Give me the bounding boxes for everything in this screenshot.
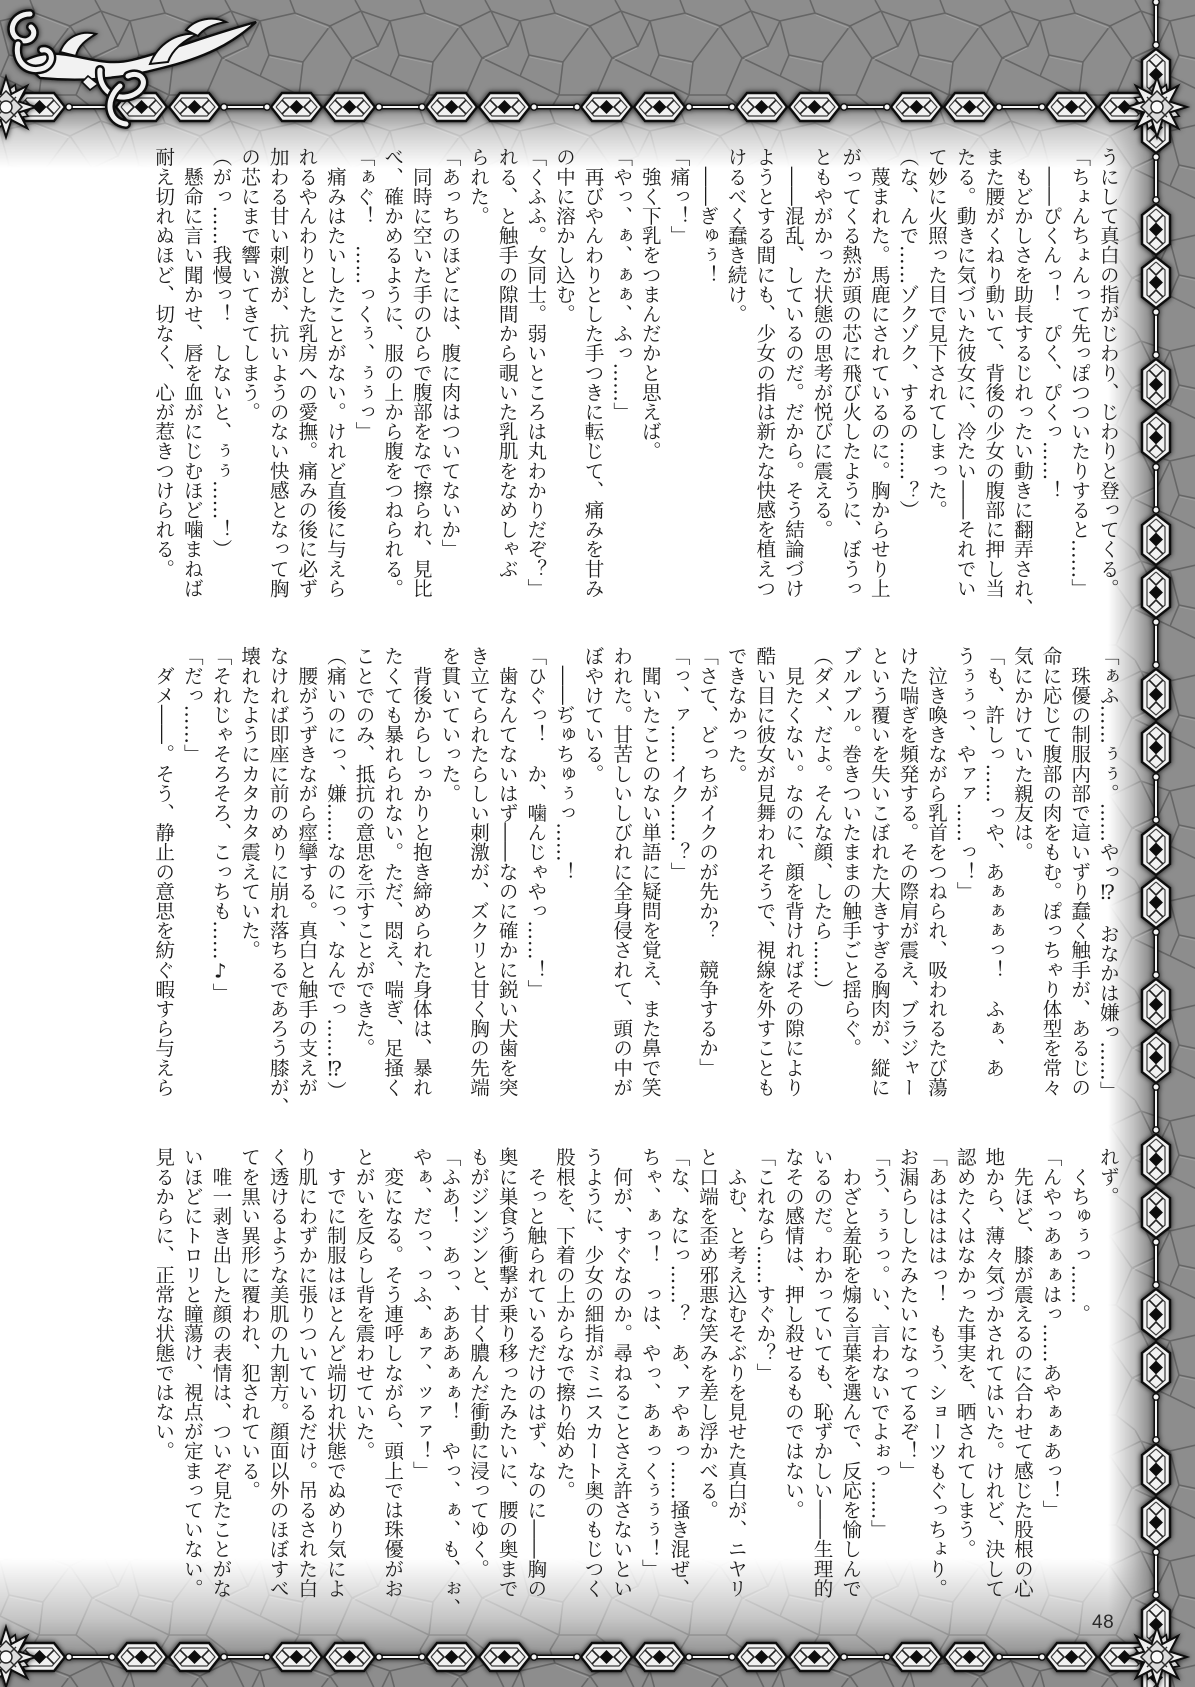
text-column: ブルブル。巻きついたままの触手ごと揺らぐ。	[835, 646, 864, 1098]
text-column: き立てられたらしい刺激が、ズクリと甘く胸の先端	[463, 646, 492, 1098]
text-column: てを黒い異形に覆われ、犯されている。	[234, 1147, 263, 1599]
right-chain-border	[1136, 0, 1176, 1687]
text-column: 「ぁふ……ぅぅ。……やっ⁉ おなかは嫌っ……」	[1093, 646, 1122, 1098]
text-column: たる。動きに気づいた彼女に、冷たい――それでい	[950, 147, 979, 599]
text-column: て妙に火照った目で見下されてしまった。	[921, 147, 950, 599]
text-column: 痛みはたいしたことがない。けれど直後に与えら	[320, 147, 349, 599]
text-column: 「あははははっ！ もう、ショーツもぐっちょり。	[921, 1147, 950, 1599]
text-column: ともやがかった状態の思考が悦びに震える。	[806, 147, 835, 599]
text-column: 泣き喚きながら乳首をつねられ、吸われるたび蕩	[921, 646, 950, 1098]
text-column: 地から、薄々気づかされてはいた。けれど、決して	[978, 1147, 1007, 1599]
text-column: 見たくない。なのに、顔を背ければその隙により	[778, 646, 807, 1098]
text-column: （な、んで……ゾクゾク、するの……？）	[892, 147, 921, 599]
text-column: 唯一剥き出した顔の表情は、ついぞ見たことがな	[205, 1147, 234, 1599]
text-column: 「んやっあぁぁはっ……あやぁぁあっ！」	[1035, 1147, 1064, 1599]
text-column: を貫いていった。	[434, 646, 463, 1098]
text-column: そっと触られているだけのはず、なのに――胸の	[520, 1147, 549, 1599]
text-column: いるのだ。わかっていても、恥ずかしい――生理的	[806, 1147, 835, 1599]
text-column: 命に応じて腹部の肉をもむ。ぽっちゃり体型を常々	[1035, 646, 1064, 1098]
text-column: けた喘ぎを頻発する。その際肩が震え、ブラジャー	[892, 646, 921, 1098]
text-column: また腰がくねり動いて、背後の少女の腹部に押し当	[978, 147, 1007, 599]
text-tier-top: うにして真白の指がじわり、じわりと登ってくる。 「ちょんちょんって先っぽつついた…	[148, 147, 1122, 599]
text-column: 珠優の制服内部で這いずり蠢く触手が、あるじの	[1064, 646, 1093, 1098]
text-column: うように、少女の細指がミニスカート奥のもじつく	[577, 1147, 606, 1599]
text-column: すでに制服はほとんど端切れ状態でぬめり気によ	[320, 1147, 349, 1599]
text-column: 「やっ、ぁ、ぁぁ、ふっ……」	[606, 147, 635, 599]
text-column: 何が、すぐなのか。尋ねることさえ許さないとい	[606, 1147, 635, 1599]
text-tier-bottom: れず。 くちゅぅっ……。 「んやっあぁぁはっ……あやぁぁあっ！」 先ほど、膝が震…	[148, 1147, 1122, 1599]
top-chain-border	[0, 87, 1140, 127]
text-column: （がっ……我慢っ！ しないと、ぅぅ……！）	[205, 147, 234, 599]
text-column: ――ぴくんっ！ ぴく、ぴくっ……！	[1035, 147, 1064, 599]
text-column: 蔑まれた。馬鹿にされているのに。胸からせり上	[864, 147, 893, 599]
text-column: ぼやけている。	[577, 646, 606, 1098]
text-column: の中に溶かし込む。	[549, 147, 578, 599]
text-column: 「それじゃそろそろ、こっちも……♪」	[205, 646, 234, 1098]
text-column: られた。	[463, 147, 492, 599]
text-column: やぁ、だっ、っふ、ぁァ、ッァァ！」	[406, 1147, 435, 1599]
text-column: 再びやんわりとした手つきに転じて、痛みを甘み	[577, 147, 606, 599]
text-column: 「あっちのほどには、腹に肉はついてないか」	[434, 147, 463, 599]
text-column: 「ぁぐ！ ……っくぅ、ぅぅっ」	[348, 147, 377, 599]
text-column: くちゅぅっ……。	[1064, 1147, 1093, 1599]
text-column: 「も、許しっ……っや、あぁぁぁっ！ ふぁ、あ	[978, 646, 1007, 1098]
rosette-top-left-end	[0, 76, 37, 139]
text-column: 奥に巣食う衝撃が乗り移ったみたいに、腰の奥まで	[492, 1147, 521, 1599]
text-column: 気にかけていた親友は。	[1007, 646, 1036, 1098]
text-column: 「さて、どっちがイクのが先か？ 競争するか」	[692, 646, 721, 1098]
corner-rosette-bottom-right	[1126, 1626, 1189, 1687]
text-column: く透けるような美肌の九割方。顔面以外のほぼすべ	[263, 1147, 292, 1599]
text-column: ――ぎゅぅ！	[692, 147, 721, 599]
text-column: 酷い目に彼女が見舞われそうで、視線を外すことも	[749, 646, 778, 1098]
bottom-chain-border	[0, 1637, 1140, 1677]
text-column: 「これなら……すぐか？」	[749, 1147, 778, 1599]
text-column: 認めたくはなかった事実を、晒されてしまう。	[950, 1147, 979, 1599]
text-column: ちゃ、ぁっ！ っは、やっ、あぁっくぅぅぅ！」	[635, 1147, 664, 1599]
text-column: ことでのみ、抵抗の意思を示すことができた。	[348, 646, 377, 1098]
text-column: 「くふふ。女同士。弱いところは丸わかりだぞ？」	[520, 147, 549, 599]
text-column: なければ即座に前のめりに崩れ落ちるであろう膝が、	[263, 646, 292, 1098]
text-column: れるやんわりとした乳房への愛撫。痛みの後に必ず	[291, 147, 320, 599]
text-column: もがジンジンと、甘く膿んだ衝動に浸ってゆく。	[463, 1147, 492, 1599]
text-column: 加わる甘い刺激が、抗いようのない快感となって胸	[263, 147, 292, 599]
text-column: わざと羞恥を煽る言葉を選んで、反応を愉しんで	[835, 1147, 864, 1599]
text-column: なその感情は、押し殺せるものではない。	[778, 1147, 807, 1599]
text-column: 変になる。そう連呼しながら、頭上では珠優がお	[377, 1147, 406, 1599]
text-column: できなかった。	[721, 646, 750, 1098]
text-column: 「ふあ！ あっ、あああぁぁ！ やっ、ぁ、も、ぉ、	[434, 1147, 463, 1599]
text-column: 壊れたようにカタカタ震えていた。	[234, 646, 263, 1098]
text-column: 耐え切れぬほど、切なく、心が惹きつけられる。	[148, 147, 177, 599]
text-column: 「ひぐっ！ か、噛んじゃやっ……！」	[520, 646, 549, 1098]
text-column: 懸命に言い聞かせ、唇を血がにじむほど噛まねば	[177, 147, 206, 599]
text-column: 「だっ……」	[177, 646, 206, 1098]
text-column: （ダメ、だよ。そんな顔、したら……）	[806, 646, 835, 1098]
text-column: 「っ、ァ……イク……？」	[663, 646, 692, 1098]
text-column: うにして真白の指がじわり、じわりと登ってくる。	[1093, 147, 1122, 599]
text-column: 「ちょんちょんって先っぽつついたりすると……」	[1064, 147, 1093, 599]
text-column: 「な、なにっ……？ あ、ァやぁっ……掻き混ぜ、	[663, 1147, 692, 1599]
text-column: と口端を歪め邪悪な笑みを差し浮かべる。	[692, 1147, 721, 1599]
text-column: ふむ、と考え込むそぶりを見せた真白が、ニヤリ	[721, 1147, 750, 1599]
text-tier-middle: 「ぁふ……ぅぅ。……やっ⁉ おなかは嫌っ……」 珠優の制服内部で這いずり蠢く触手…	[148, 646, 1122, 1098]
text-column: れる、と触手の隙間から覗いた乳肌をなめしゃぶ	[492, 147, 521, 599]
page-number: 48	[1092, 1613, 1114, 1632]
text-column: ――混乱、しているのだ。だから。そう結論づけ	[778, 147, 807, 599]
text-column: 聞いたことのない単語に疑問を覚え、また鼻で笑	[635, 646, 664, 1098]
text-column: がってくる熱が頭の芯に飛び火したように、ぼうっ	[835, 147, 864, 599]
text-column: けるべく蠢き続け。	[721, 147, 750, 599]
text-column: 「痛っ！」	[663, 147, 692, 599]
book-page: うにして真白の指がじわり、じわりと登ってくる。 「ちょんちょんって先っぽつついた…	[0, 0, 1195, 1687]
text-column: 歯なんてないはず――なのに確かに鋭い犬歯を突	[492, 646, 521, 1098]
text-column: うぅぅっ、やァァ……っ！」	[950, 646, 979, 1098]
text-column: 同時に空いた手のひらで腹部をなで擦られ、見比	[406, 147, 435, 599]
text-column: べ、確かめるように、服の上から腹をつねられる。	[377, 147, 406, 599]
text-column: 腰がうずきながら痙攣する。真白と触手の支えが	[291, 646, 320, 1098]
text-column: とがいを反らし背を震わせていた。	[348, 1147, 377, 1599]
text-column: り肌にわずかに張りついているだけ。吊るされた白	[291, 1147, 320, 1599]
rosette-bottom-left-end	[0, 1626, 37, 1687]
text-column: 先ほど、膝が震えるのに合わせて感じた股根の心	[1007, 1147, 1036, 1599]
text-column: たくても暴れられない。ただ、悶え、喘ぎ、足掻く	[377, 646, 406, 1098]
text-column: もどかしさを助長するじれったい動きに翻弄され、	[1007, 147, 1036, 599]
text-column: ダメ――。そう、静止の意思を紡ぐ暇すら与えら	[148, 646, 177, 1098]
text-column: 背後からしっかりと抱き締められた身体は、暴れ	[406, 646, 435, 1098]
text-column: 強く下乳をつまんだかと思えば。	[635, 147, 664, 599]
text-column: の芯にまで響いてきてしまう。	[234, 147, 263, 599]
text-column: （痛いのにっ、嫌……なのにっ、なんでっ……⁉）	[320, 646, 349, 1098]
text-column: ようとする間にも、少女の指は新たな快感を植えつ	[749, 147, 778, 599]
corner-rosette-top-right	[1126, 76, 1189, 139]
text-column: われた。甘苦しいしびれに全身侵されて、頭の中が	[606, 646, 635, 1098]
text-column: という覆いを失いこぼれた大きすぎる胸肉が、縦に	[864, 646, 893, 1098]
text-column: れず。	[1093, 1147, 1122, 1599]
text-column: 股根を、下着の上からなで擦り始めた。	[549, 1147, 578, 1599]
text-column: いほどにトロリと瞳蕩け、視点が定まっていない。	[177, 1147, 206, 1599]
text-column: 「う、ぅぅっ。い、言わないでよぉっ……」	[864, 1147, 893, 1599]
text-column: 見るからに、正常な状態ではない。	[148, 1147, 177, 1599]
text-column: ――ぢゅちゅぅっ……！	[549, 646, 578, 1098]
text-column: お漏らししたみたいになってるぞ！」	[892, 1147, 921, 1599]
